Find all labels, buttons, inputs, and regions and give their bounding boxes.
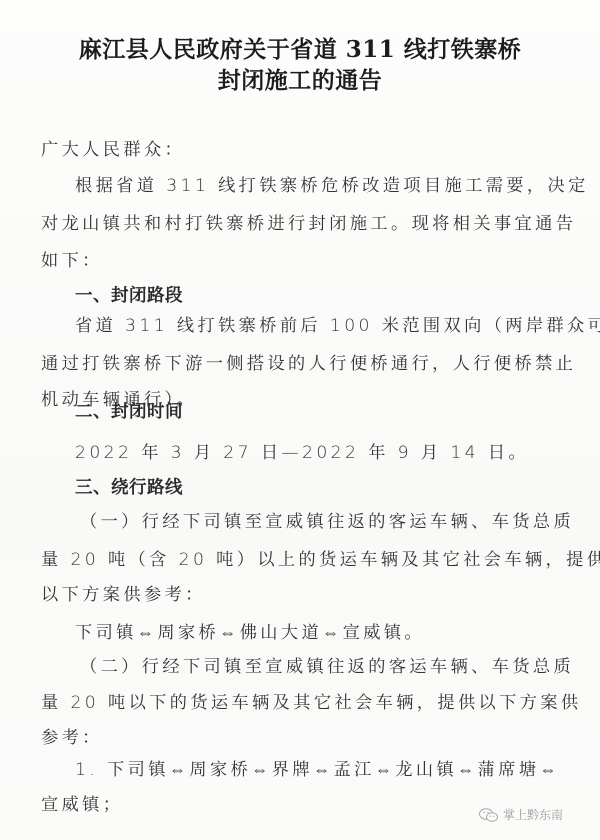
section-3-line-7: 参考： — [41, 726, 481, 750]
section-1-line-1: 省道 311 线打铁寨桥前后 100 米范围双向（两岸群众可 — [75, 314, 515, 338]
wechat-icon — [478, 807, 500, 823]
document-title-line-1: 麻江县人民政府关于省道 311 线打铁寨桥 — [0, 31, 600, 64]
section-2-line-1: 2022 年 3 月 27 日—2022 年 9 月 14 日。 — [75, 441, 515, 465]
section-3-line-3: 以下方案供参考： — [41, 583, 481, 607]
section-3-route-2: 1. 下司镇⇔周家桥⇔界牌⇔孟江⇔龙山镇⇔蒲席塘⇔ — [75, 758, 515, 782]
section-3-line-5: （二）行经下司镇至宣威镇往返的客运车辆、车货总质 — [80, 655, 520, 679]
document-title-line-2: 封闭施工的通告 — [0, 62, 600, 95]
document-page: 麻江县人民政府关于省道 311 线打铁寨桥 封闭施工的通告 广大人民群众： 根据… — [0, 0, 600, 840]
section-1-heading: 一、封闭路段 — [75, 284, 515, 308]
section-3-route-2-cont: 宣威镇； — [41, 793, 481, 817]
intro-line-1: 根据省道 311 线打铁寨桥危桥改造项目施工需要，决定 — [75, 174, 515, 198]
intro-line-2: 对龙山镇共和村打铁寨桥进行封闭施工。现将相关事宜通告 — [41, 212, 481, 236]
intro-line-3: 如下： — [41, 249, 481, 273]
section-3-line-1: （一）行经下司镇至宣威镇往返的客运车辆、车货总质 — [80, 510, 520, 534]
watermark-label: 掌上黔东南 — [503, 806, 563, 823]
section-2-heading: 二、封闭时间 — [75, 400, 515, 424]
section-1-line-2: 通过打铁寨桥下游一侧搭设的人行便桥通行，人行便桥禁止 — [41, 352, 481, 376]
salutation: 广大人民群众： — [41, 138, 481, 162]
section-3-line-6: 量 20 吨以下的货运车辆及其它社会车辆，提供以下方案供 — [41, 691, 481, 715]
section-3-route-1: 下司镇⇔周家桥⇔佛山大道⇔宣威镇。 — [75, 621, 515, 645]
watermark: 掌上黔东南 — [478, 806, 563, 823]
section-3-heading: 三、绕行路线 — [75, 476, 515, 500]
section-3-line-2: 量 20 吨（含 20 吨）以上的货运车辆及其它社会车辆，提供 — [41, 548, 481, 572]
